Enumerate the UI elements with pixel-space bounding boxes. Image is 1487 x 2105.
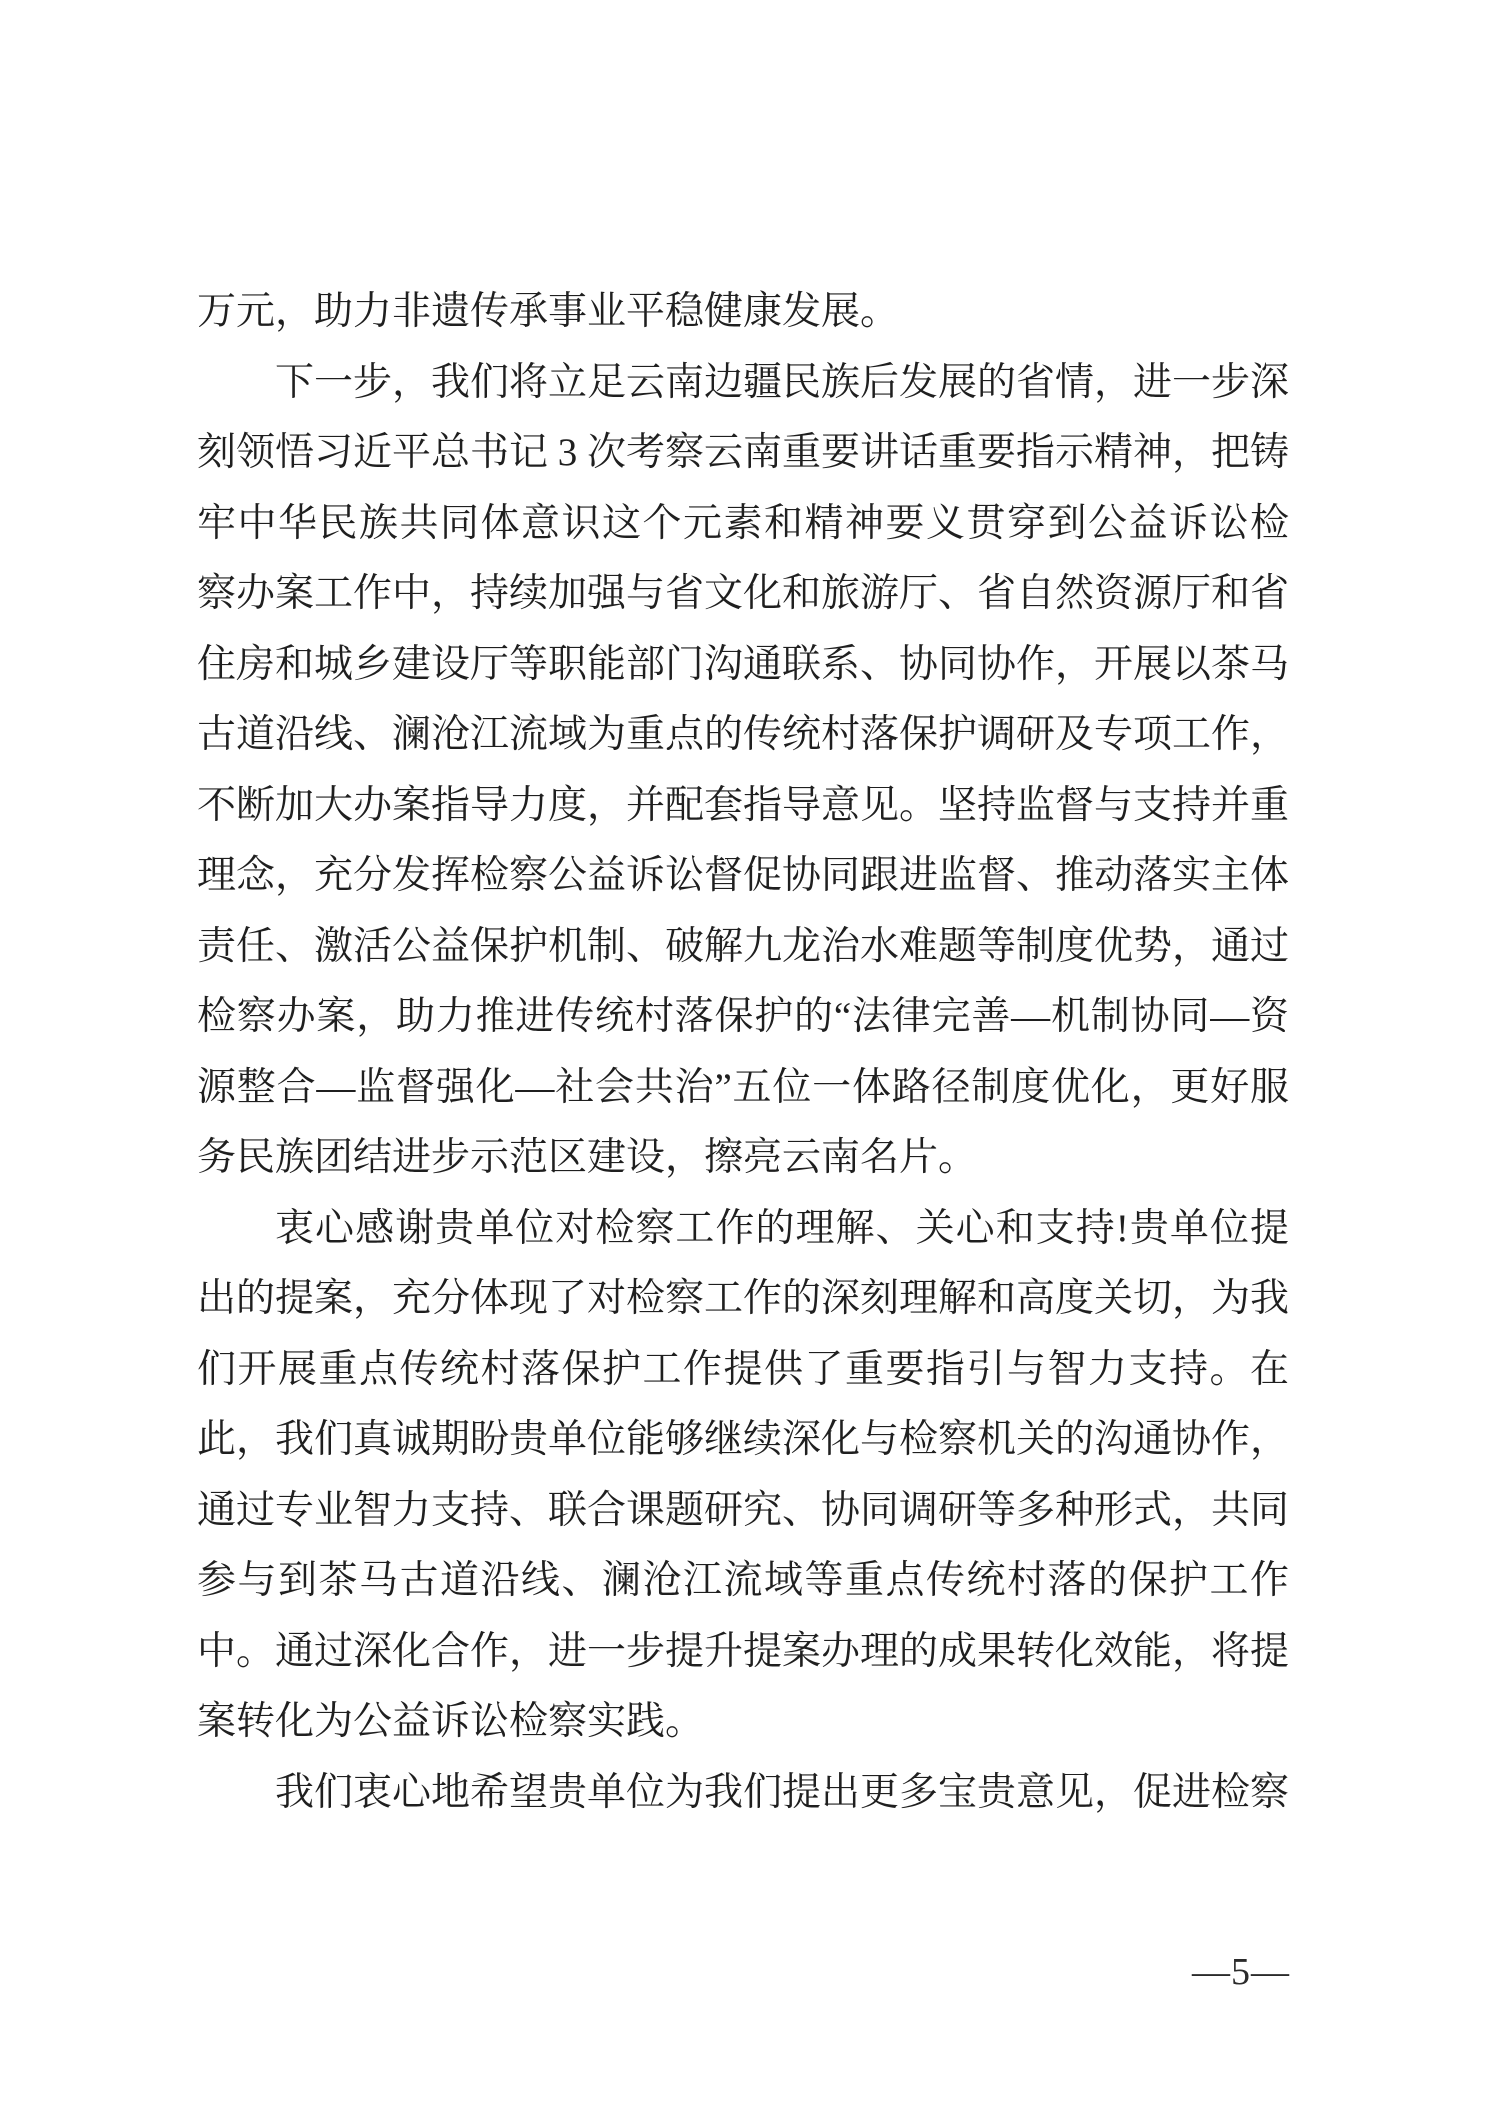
text-line-3: 刻领悟习近平总书记 3 次考察云南重要讲话重要指示精神，把铸 [197,418,1289,489]
text-line-21: 案转化为公益诉讼检察实践。 [197,1687,1289,1758]
text-line-13: 务民族团结进步示范区建设，擦亮云南名片。 [197,1123,1289,1194]
text-line-2: 下一步，我们将立足云南边疆民族后发展的省情，进一步深 [197,348,1289,419]
text-line-10: 责任、激活公益保护机制、破解九龙治水难题等制度优势，通过 [197,912,1289,983]
text-line-22: 我们衷心地希望贵单位为我们提出更多宝贵意见，促进检察 [197,1758,1289,1829]
text-line-7: 古道沿线、澜沧江流域为重点的传统村落保护调研及专项工作， [197,700,1289,771]
text-line-8: 不断加大办案指导力度，并配套指导意见。坚持监督与支持并重 [197,771,1289,842]
text-line-17: 此，我们真诚期盼贵单位能够继续深化与检察机关的沟通协作， [197,1405,1289,1476]
text-line-16: 们开展重点传统村落保护工作提供了重要指引与智力支持。在 [197,1335,1289,1406]
text-line-5: 察办案工作中，持续加强与省文化和旅游厅、省自然资源厅和省 [197,559,1289,630]
text-line-1: 万元，助力非遗传承事业平稳健康发展。 [197,277,1289,348]
text-line-19: 参与到茶马古道沿线、澜沧江流域等重点传统村落的保护工作 [197,1546,1289,1617]
text-line-11: 检察办案，助力推进传统村落保护的“法律完善—机制协同—资 [197,982,1289,1053]
text-line-12: 源整合—监督强化—社会共治”五位一体路径制度优化，更好服 [197,1053,1289,1124]
text-line-18: 通过专业智力支持、联合课题研究、协同调研等多种形式，共同 [197,1476,1289,1547]
document-page: 万元，助力非遗传承事业平稳健康发展。下一步，我们将立足云南边疆民族后发展的省情，… [0,0,1487,2105]
text-line-9: 理念，充分发挥检察公益诉讼督促协同跟进监督、推动落实主体 [197,841,1289,912]
text-line-14: 衷心感谢贵单位对检察工作的理解、关心和支持!贵单位提 [197,1194,1289,1265]
text-line-15: 出的提案，充分体现了对检察工作的深刻理解和高度关切，为我 [197,1264,1289,1335]
text-line-6: 住房和城乡建设厅等职能部门沟通联系、协同协作，开展以茶马 [197,630,1289,701]
text-line-4: 牢中华民族共同体意识这个元素和精神要义贯穿到公益诉讼检 [197,489,1289,560]
page-number: —5— [1192,1950,1290,1994]
text-line-20: 中。通过深化合作，进一步提升提案办理的成果转化效能，将提 [197,1617,1289,1688]
body-text: 万元，助力非遗传承事业平稳健康发展。下一步，我们将立足云南边疆民族后发展的省情，… [197,277,1289,1828]
